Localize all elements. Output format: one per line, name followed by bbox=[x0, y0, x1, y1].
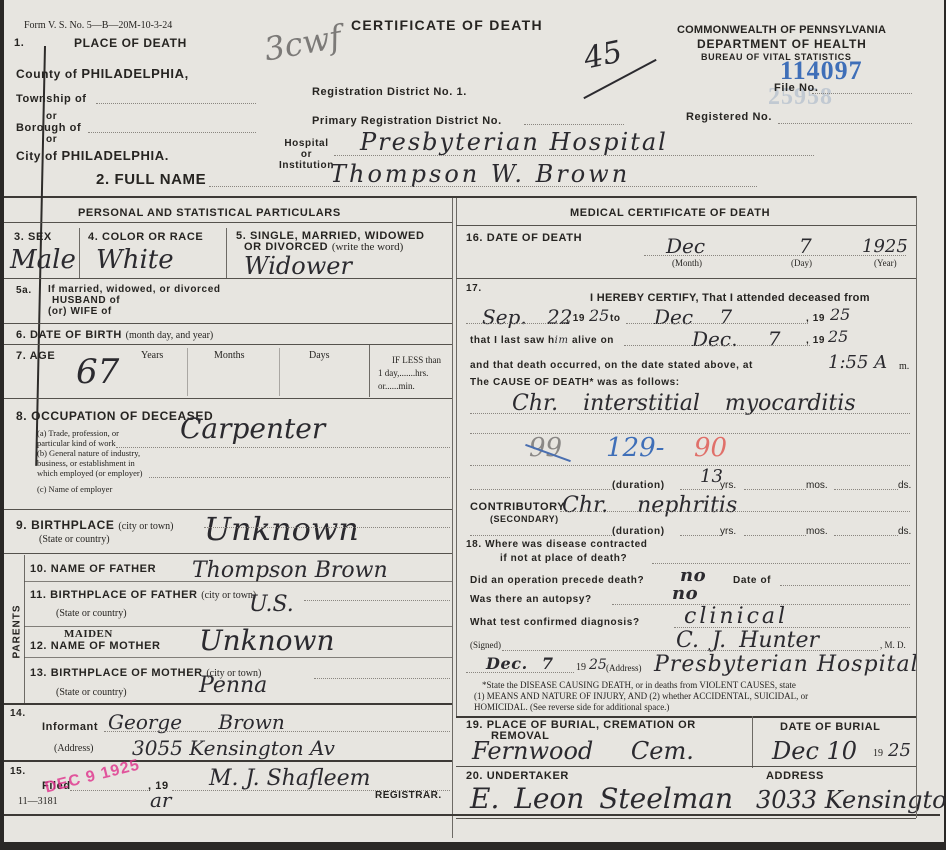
test-value: clinical bbox=[684, 604, 788, 629]
occurred-label: and that death occurred, on the date sta… bbox=[470, 360, 753, 371]
sex-label: 3. SEX bbox=[14, 231, 52, 243]
death-year: 1925 bbox=[862, 236, 908, 257]
spouse-label: If married, widowed, or divorced HUSBAND… bbox=[48, 284, 221, 317]
less-than-day: IF LESS than 1 day,.......hrs. or......m… bbox=[378, 354, 441, 393]
agency-line-1: COMMONWEALTH OF PENNSYLVANIA bbox=[677, 24, 886, 36]
death-certificate: Form V. S. No. 5—B—20M-10-3-24 1. PLACE … bbox=[4, 0, 944, 842]
birthplace-value: Unknown bbox=[204, 510, 359, 548]
registrar-label: REGISTRAR. bbox=[375, 790, 442, 801]
time-of-death: 1:55 A bbox=[828, 352, 887, 373]
code-red: 90 bbox=[694, 433, 727, 463]
last-saw-label: that I last saw him alive on bbox=[470, 335, 614, 346]
code-blue: 129- bbox=[606, 433, 664, 463]
father-name-label: 10. NAME OF FATHER bbox=[30, 563, 156, 575]
filed-stamp: DEC 9 1925 bbox=[43, 757, 142, 798]
burial-place-value: Fernwood Cem. bbox=[472, 737, 694, 765]
father-name-value: Thompson Brown bbox=[192, 558, 388, 583]
cause-footnote: *State the DISEASE CAUSING DEATH, or in … bbox=[474, 680, 808, 713]
age-value: 67 bbox=[76, 352, 119, 392]
attended-to: Dec 7 bbox=[654, 305, 732, 329]
father-birthplace-value: U.S. bbox=[249, 592, 294, 617]
mother-birthplace-value: Penna bbox=[199, 673, 267, 698]
full-name-value: Thompson W. Brown bbox=[330, 160, 630, 188]
certify-text: I HEREBY CERTIFY, That I attended deceas… bbox=[590, 292, 870, 304]
registered-no-label: Registered No. bbox=[686, 111, 772, 123]
undertaker-value: E. Leon Steelman bbox=[470, 782, 733, 815]
disease-contracted-label: 18. Where was disease contracted bbox=[466, 539, 648, 550]
attended-from: Sep. 22 bbox=[482, 305, 573, 329]
handwritten-number: 45 bbox=[581, 34, 626, 76]
contributory-value: Chr. nephritis bbox=[562, 493, 737, 518]
undertaker-address-value: 3033 Kensington Av bbox=[756, 786, 946, 814]
age-label: 7. AGE bbox=[16, 350, 55, 362]
sex-value: Male bbox=[10, 245, 76, 275]
county-label: County of PHILADELPHIA, bbox=[16, 66, 189, 81]
full-name-label: 2. FULL NAME bbox=[96, 171, 206, 188]
occupation-details: (a) Trade, profession, or particular kin… bbox=[37, 428, 143, 494]
race-value: White bbox=[96, 245, 174, 275]
mother-name-label: 12. NAME OF MOTHER bbox=[30, 640, 161, 652]
parents-side-label: PARENTS bbox=[12, 604, 23, 658]
registrar-signature: M. J. Shafleem bbox=[209, 766, 371, 791]
date-of-birth-label: 6. DATE OF BIRTH (month day, and year) bbox=[16, 329, 213, 341]
autopsy-label: Was there an autopsy? bbox=[470, 594, 592, 605]
burial-date-value: Dec 10 bbox=[772, 737, 857, 765]
undertaker-address-label: ADDRESS bbox=[766, 770, 824, 782]
contributory-label: CONTRIBUTORY bbox=[470, 501, 565, 513]
city-label: City of PHILADELPHIA. bbox=[16, 148, 169, 163]
operation-label: Did an operation precede death? bbox=[470, 575, 644, 586]
section-1-number: 1. bbox=[14, 37, 24, 49]
date-of-death-label: 16. DATE OF DEATH bbox=[466, 232, 582, 244]
marital-label: 5. SINGLE, MARRIED, WIDOWED OR DIVORCED … bbox=[236, 231, 425, 253]
medical-header: MEDICAL CERTIFICATE OF DEATH bbox=[570, 207, 770, 219]
registration-district: Registration District No. 1. bbox=[312, 86, 467, 98]
certificate-title: CERTIFICATE OF DEATH bbox=[351, 17, 543, 33]
township-label: Township of bbox=[16, 93, 87, 105]
cause-label: The CAUSE OF DEATH* was as follows: bbox=[470, 377, 680, 388]
footer-code: 11—3181 bbox=[18, 796, 58, 807]
race-label: 4. COLOR OR RACE bbox=[88, 231, 203, 243]
place-of-death-label: PLACE OF DEATH bbox=[74, 36, 187, 50]
informant-address: 3055 Kensington Av bbox=[132, 736, 335, 760]
marital-value: Widower bbox=[244, 252, 352, 280]
borough-label: Borough of bbox=[16, 122, 81, 134]
form-number: Form V. S. No. 5—B—20M-10-3-24 bbox=[24, 20, 172, 31]
undertaker-label: 20. UNDERTAKER bbox=[466, 770, 569, 782]
maiden-label: MAIDEN bbox=[64, 628, 113, 640]
personal-header: PERSONAL AND STATISTICAL PARTICULARS bbox=[78, 207, 341, 219]
signed-date: Dec. 7 bbox=[486, 654, 554, 673]
hospital-label: Hospital or Institution bbox=[279, 138, 334, 171]
hospital-value: Presbyterian Hospital bbox=[360, 128, 668, 156]
birthplace-label: 9. BIRTHPLACE (city or town) bbox=[16, 518, 173, 532]
burial-date-label: DATE OF BURIAL bbox=[780, 721, 880, 733]
occupation-value: Carpenter bbox=[180, 412, 325, 445]
mother-name-value: Unknown bbox=[199, 624, 335, 657]
autopsy-value: no bbox=[672, 583, 698, 604]
informant-label: Informant bbox=[42, 721, 98, 733]
test-label: What test confirmed diagnosis? bbox=[470, 617, 640, 628]
father-birthplace-label: 11. BIRTHPLACE OF FATHER (city or town) bbox=[30, 589, 256, 601]
pencil-notation: 3cwf bbox=[261, 18, 344, 69]
primary-registration-district: Primary Registration District No. bbox=[312, 115, 502, 127]
last-saw-date: Dec. 7 bbox=[692, 327, 781, 351]
physician-address: Presbyterian Hospital bbox=[654, 652, 919, 677]
agency-line-2: DEPARTMENT OF HEALTH bbox=[697, 37, 867, 51]
